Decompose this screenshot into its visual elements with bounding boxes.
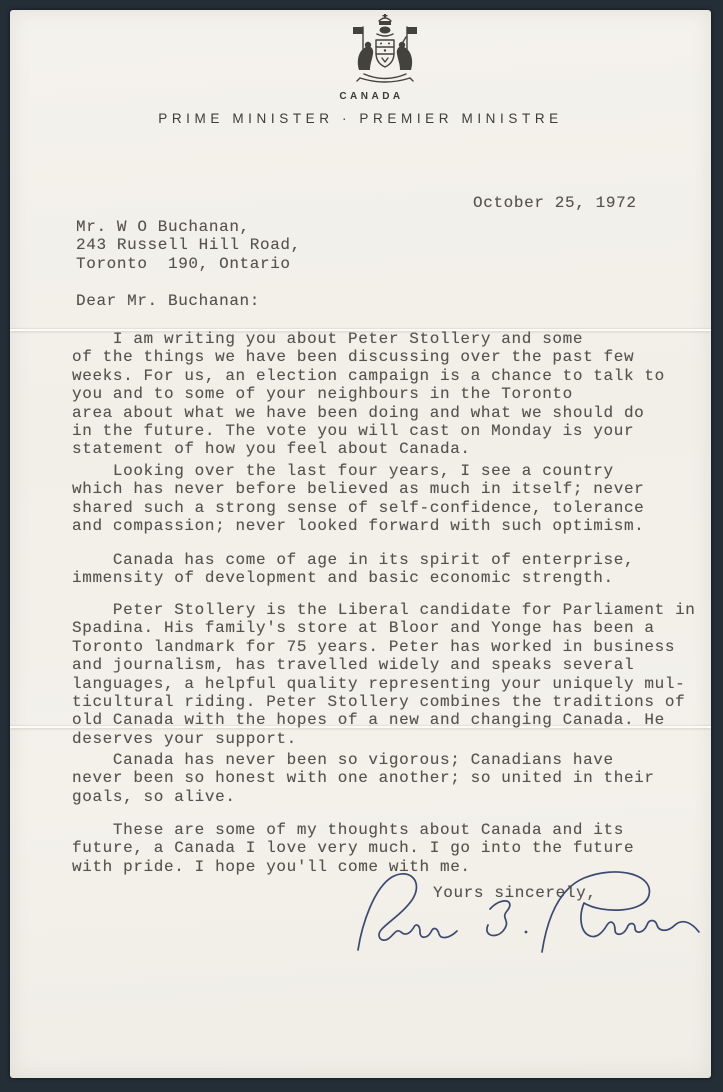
body-paragraph-2: Looking over the last four years, I see …	[72, 462, 644, 536]
letterhead: CANADA PRIME MINISTER · PREMIER MINISTRE	[10, 14, 711, 126]
emblem-caption: CANADA	[32, 91, 711, 102]
body-paragraph-3: Canada has come of age in its spirit of …	[72, 551, 634, 588]
letterhead-title: PRIME MINISTER · PREMIER MINISTRE	[10, 111, 711, 126]
recipient-address: Mr. W O Buchanan, 243 Russell Hill Road,…	[76, 218, 301, 273]
signature-pierre-trudeau-icon	[330, 862, 710, 967]
body-paragraph-5: Canada has never been so vigorous; Canad…	[72, 751, 655, 806]
body-paragraph-4: Peter Stollery is the Liberal candidate …	[72, 601, 696, 748]
canada-coat-of-arms-icon	[346, 14, 424, 90]
salutation: Dear Mr. Buchanan:	[76, 292, 260, 310]
date-line: October 25, 1972	[473, 194, 637, 212]
letter-paper: CANADA PRIME MINISTER · PREMIER MINISTRE…	[10, 10, 711, 1078]
scanned-letter: CANADA PRIME MINISTER · PREMIER MINISTRE…	[0, 0, 723, 1092]
body-paragraph-1: I am writing you about Peter Stollery an…	[72, 330, 665, 459]
